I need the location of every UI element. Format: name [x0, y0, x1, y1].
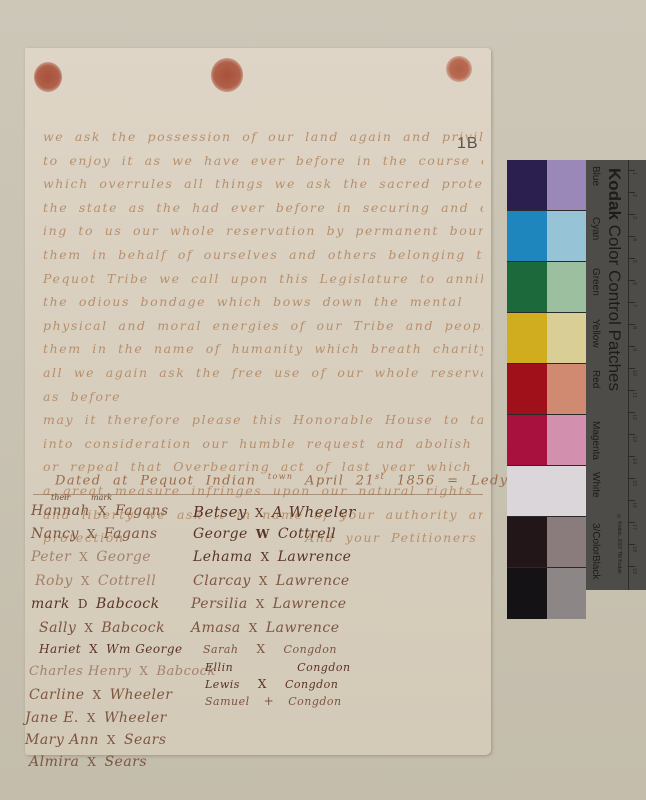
signer-mark: X: [259, 574, 268, 588]
body-line: Pequot Tribe we call upon this Legislatu…: [43, 267, 483, 291]
ruler-number: 7: [631, 304, 637, 307]
signature: CarlineXWheeler: [29, 687, 173, 703]
signature: LehamaXLawrence: [193, 549, 351, 565]
label-black: Black: [590, 555, 601, 579]
ruler-number: 18: [631, 546, 637, 552]
patch-3color-dark: [507, 517, 547, 568]
signer-last-name: Fagans: [115, 503, 169, 519]
signer-last-name: Babcock: [96, 596, 160, 612]
label-cyan: Cyan: [590, 217, 601, 240]
signer-first-name: Peter: [31, 549, 71, 565]
signer-last-name: Lawrence: [266, 620, 340, 636]
ruler-number: 19: [631, 568, 637, 574]
ruler-number: 2: [631, 194, 637, 197]
patch-cyan-dark: [507, 211, 547, 262]
signature: RobyXCottrell: [35, 573, 156, 589]
signer-last-name: Lawrence: [273, 596, 347, 612]
patch-black-light: [547, 568, 586, 619]
patch-magenta-light: [547, 415, 586, 466]
patch-cyan-light: [547, 211, 586, 262]
signer-last-name: Fagans: [104, 526, 158, 542]
body-line: physical and moral energies of our Tribe…: [43, 314, 483, 338]
patch-green-dark: [507, 262, 547, 313]
signer-first-name: Roby: [35, 573, 73, 589]
label-blue: Blue: [590, 166, 601, 186]
wax-seal-stain-center: [211, 58, 243, 92]
signer-mark: X: [261, 550, 270, 564]
signer-mark: X: [89, 642, 98, 656]
signer-first-name: Lehama: [193, 549, 253, 565]
signer-mark: X: [93, 688, 102, 702]
signer-mark: X: [79, 550, 88, 564]
body-line: as before: [43, 385, 483, 409]
patch-magenta-dark: [507, 415, 547, 466]
date-middle: April 21: [305, 473, 375, 488]
signer-mark: X: [255, 506, 264, 520]
signer-mark: X: [81, 574, 90, 588]
signer-mark: X: [256, 597, 265, 611]
centimeter-ruler: 1 2 3 4 5 6 7 8 9 10 11 12 13 14 15 16 1…: [628, 160, 646, 590]
signer-mark: W: [256, 527, 270, 541]
ruler-number: 11: [631, 392, 637, 398]
patch-blue-dark: [507, 160, 547, 211]
signature: SarahXCongdon: [203, 642, 337, 656]
date-superscript: town: [268, 472, 294, 481]
body-line: to enjoy it as we have ever before in th…: [43, 149, 483, 173]
wax-seal-stain-right: [446, 56, 472, 82]
kodak-color-control-strip: Blue Cyan Green Yellow Red Magenta White…: [507, 160, 646, 590]
patch-3color-light: [547, 517, 586, 568]
body-line: all we again ask the free use of our who…: [43, 361, 483, 385]
ruler-number: 1: [631, 172, 637, 175]
ruler-number: 13: [631, 436, 637, 442]
signer-last-name: Babcock: [101, 620, 165, 636]
patch-black-dark: [507, 568, 547, 619]
ruler-number: 15: [631, 480, 637, 486]
signer-first-name: Betsey: [193, 503, 247, 521]
signature: HarietXWm George: [39, 642, 183, 656]
date-line: Dated at Pequot Indian town April 21st 1…: [55, 472, 485, 488]
label-red: Red: [590, 370, 601, 388]
kodak-label-band: Blue Cyan Green Yellow Red Magenta White…: [586, 160, 646, 590]
body-line: them in behalf of ourselves and others b…: [43, 243, 483, 267]
body-line: them in the name of humanity which breat…: [43, 337, 483, 361]
signer-mark: X: [98, 504, 107, 518]
label-white: White: [590, 472, 601, 498]
signer-mark: X: [249, 621, 258, 635]
kodak-logo-text: Kodak: [605, 168, 624, 220]
patch-green-light: [547, 262, 586, 313]
signer-first-name: Charles Henry: [29, 664, 131, 679]
ruler-number: 5: [631, 260, 637, 263]
body-line: the state as the had ever before in secu…: [43, 196, 483, 220]
their-mark-label: their mark: [51, 493, 112, 502]
signer-mark: X: [107, 733, 116, 747]
signer-first-name: Sally: [39, 620, 76, 636]
ruler-number: 8: [631, 326, 637, 329]
signer-first-name: Amasa: [191, 620, 241, 636]
signature: BetseyXA Wheeler: [193, 503, 356, 521]
signer-last-name: Congdon: [288, 695, 341, 708]
signer-last-name: Congdon: [285, 678, 338, 691]
signature: PersiliaXLawrence: [191, 596, 347, 612]
signer-first-name: Carline: [29, 687, 85, 703]
date-ordinal: st: [375, 472, 385, 481]
signer-last-name: Wheeler: [104, 710, 167, 726]
signer-last-name: Lawrence: [276, 573, 350, 589]
signer-first-name: Lewis: [205, 678, 240, 691]
signer-last-name: Cottrell: [278, 526, 336, 542]
signer-first-name: Nancy: [31, 526, 79, 542]
patch-red-light: [547, 364, 586, 415]
signer-last-name: Wm George: [106, 642, 182, 656]
signer-first-name: Almira: [29, 754, 79, 770]
signer-mark: X: [257, 642, 266, 656]
signature: Samuel+Congdon: [205, 694, 342, 708]
signer-first-name: George: [193, 526, 248, 542]
dark-patch-column: [507, 160, 547, 619]
signer-mark: X: [258, 677, 267, 691]
ruler-number: 12: [631, 414, 637, 420]
ruler-number: 17: [631, 524, 637, 530]
signer-first-name: Persilia: [191, 596, 248, 612]
signer-first-name: Ellin: [205, 661, 233, 674]
date-year: 1856: [397, 473, 436, 488]
signature: markDBabcock: [31, 596, 160, 612]
signer-mark: D: [78, 597, 88, 611]
body-line: we ask the possession of our land again …: [43, 125, 483, 149]
ruler-number: 6: [631, 282, 637, 285]
date-prefix: Dated at Pequot Indian: [55, 473, 256, 488]
petition-document: 1B we ask the possession of our land aga…: [25, 48, 491, 755]
kodak-copyright: © Kodak, 2007 TM Kodak: [616, 514, 622, 574]
ruler-number: 10: [631, 370, 637, 376]
signature: Charles HenryXBabcock: [29, 664, 216, 679]
ruler-number: 4: [631, 238, 637, 241]
signer-mark: X: [139, 664, 148, 678]
signature: GeorgeWCottrell: [193, 526, 336, 542]
label-yellow: Yellow: [590, 319, 601, 348]
body-line: the odious bondage which bows down the m…: [43, 290, 483, 314]
signer-last-name: Sears: [104, 754, 147, 770]
signature: AlmiraXSears: [29, 754, 147, 770]
signer-first-name: Hannah: [31, 503, 90, 519]
body-line: ing to us our whole reservation by perma…: [43, 219, 483, 243]
signer-mark: X: [87, 755, 96, 769]
signer-mark: X: [84, 621, 93, 635]
signer-last-name: Wheeler: [110, 687, 173, 703]
label-green: Green: [590, 268, 601, 296]
signer-last-name: Congdon: [284, 643, 337, 656]
signer-last-name: Sears: [124, 732, 167, 748]
signer-mark: X: [87, 527, 96, 541]
signer-first-name: Samuel: [205, 695, 250, 708]
body-line: into consideration our humble request an…: [43, 432, 483, 456]
patch-white: [507, 466, 547, 517]
label-magenta: Magenta: [590, 421, 601, 460]
signer-first-name: mark: [31, 596, 70, 612]
signer-first-name: Jane E.: [25, 710, 79, 726]
ruler-number: 16: [631, 502, 637, 508]
signature: LewisXCongdon: [205, 677, 338, 691]
kodak-strip-title: Color Control Patches: [605, 225, 624, 391]
signature: Mary AnnXSears: [25, 732, 167, 748]
ruler-number: 3: [631, 216, 637, 219]
signature: AmasaXLawrence: [191, 620, 340, 636]
signer-last-name: Cottrell: [98, 573, 156, 589]
signer-first-name: Hariet: [39, 642, 81, 656]
signer-last-name: A Wheeler: [272, 503, 356, 521]
signature: PeterXGeorge: [31, 549, 151, 565]
patch-white-right: [547, 466, 586, 517]
light-patch-column: [547, 160, 586, 619]
kodak-brand-title: Kodak Color Control Patches: [604, 168, 624, 391]
signature: SallyXBabcock: [39, 620, 165, 636]
signer-first-name: Clarcay: [193, 573, 251, 589]
signer-last-name: Congdon: [297, 661, 350, 674]
patch-yellow-light: [547, 313, 586, 364]
signature: NancyXFagans: [31, 526, 158, 542]
ruler-number: 9: [631, 348, 637, 351]
signer-first-name: Sarah: [203, 643, 239, 656]
signer-mark: +: [264, 694, 275, 708]
body-line: may it therefore please this Honorable H…: [43, 408, 483, 432]
signature: HannahXFagans: [31, 503, 169, 519]
signer-last-name: George: [96, 549, 151, 565]
patch-red-dark: [507, 364, 547, 415]
signer-last-name: Lawrence: [278, 549, 352, 565]
body-line: which overrules all things we ask the sa…: [43, 172, 483, 196]
ruler-number: 14: [631, 458, 637, 464]
signer-mark: X: [87, 711, 96, 725]
signature: Jane E.XWheeler: [25, 710, 167, 726]
signature: EllinCongdon: [205, 660, 351, 674]
label-3color: 3/Color: [590, 523, 601, 555]
wax-seal-stain-left: [34, 62, 62, 92]
patch-blue-light: [547, 160, 586, 211]
patch-yellow-dark: [507, 313, 547, 364]
signature: ClarcayXLawrence: [193, 573, 350, 589]
signer-first-name: Mary Ann: [25, 732, 99, 748]
